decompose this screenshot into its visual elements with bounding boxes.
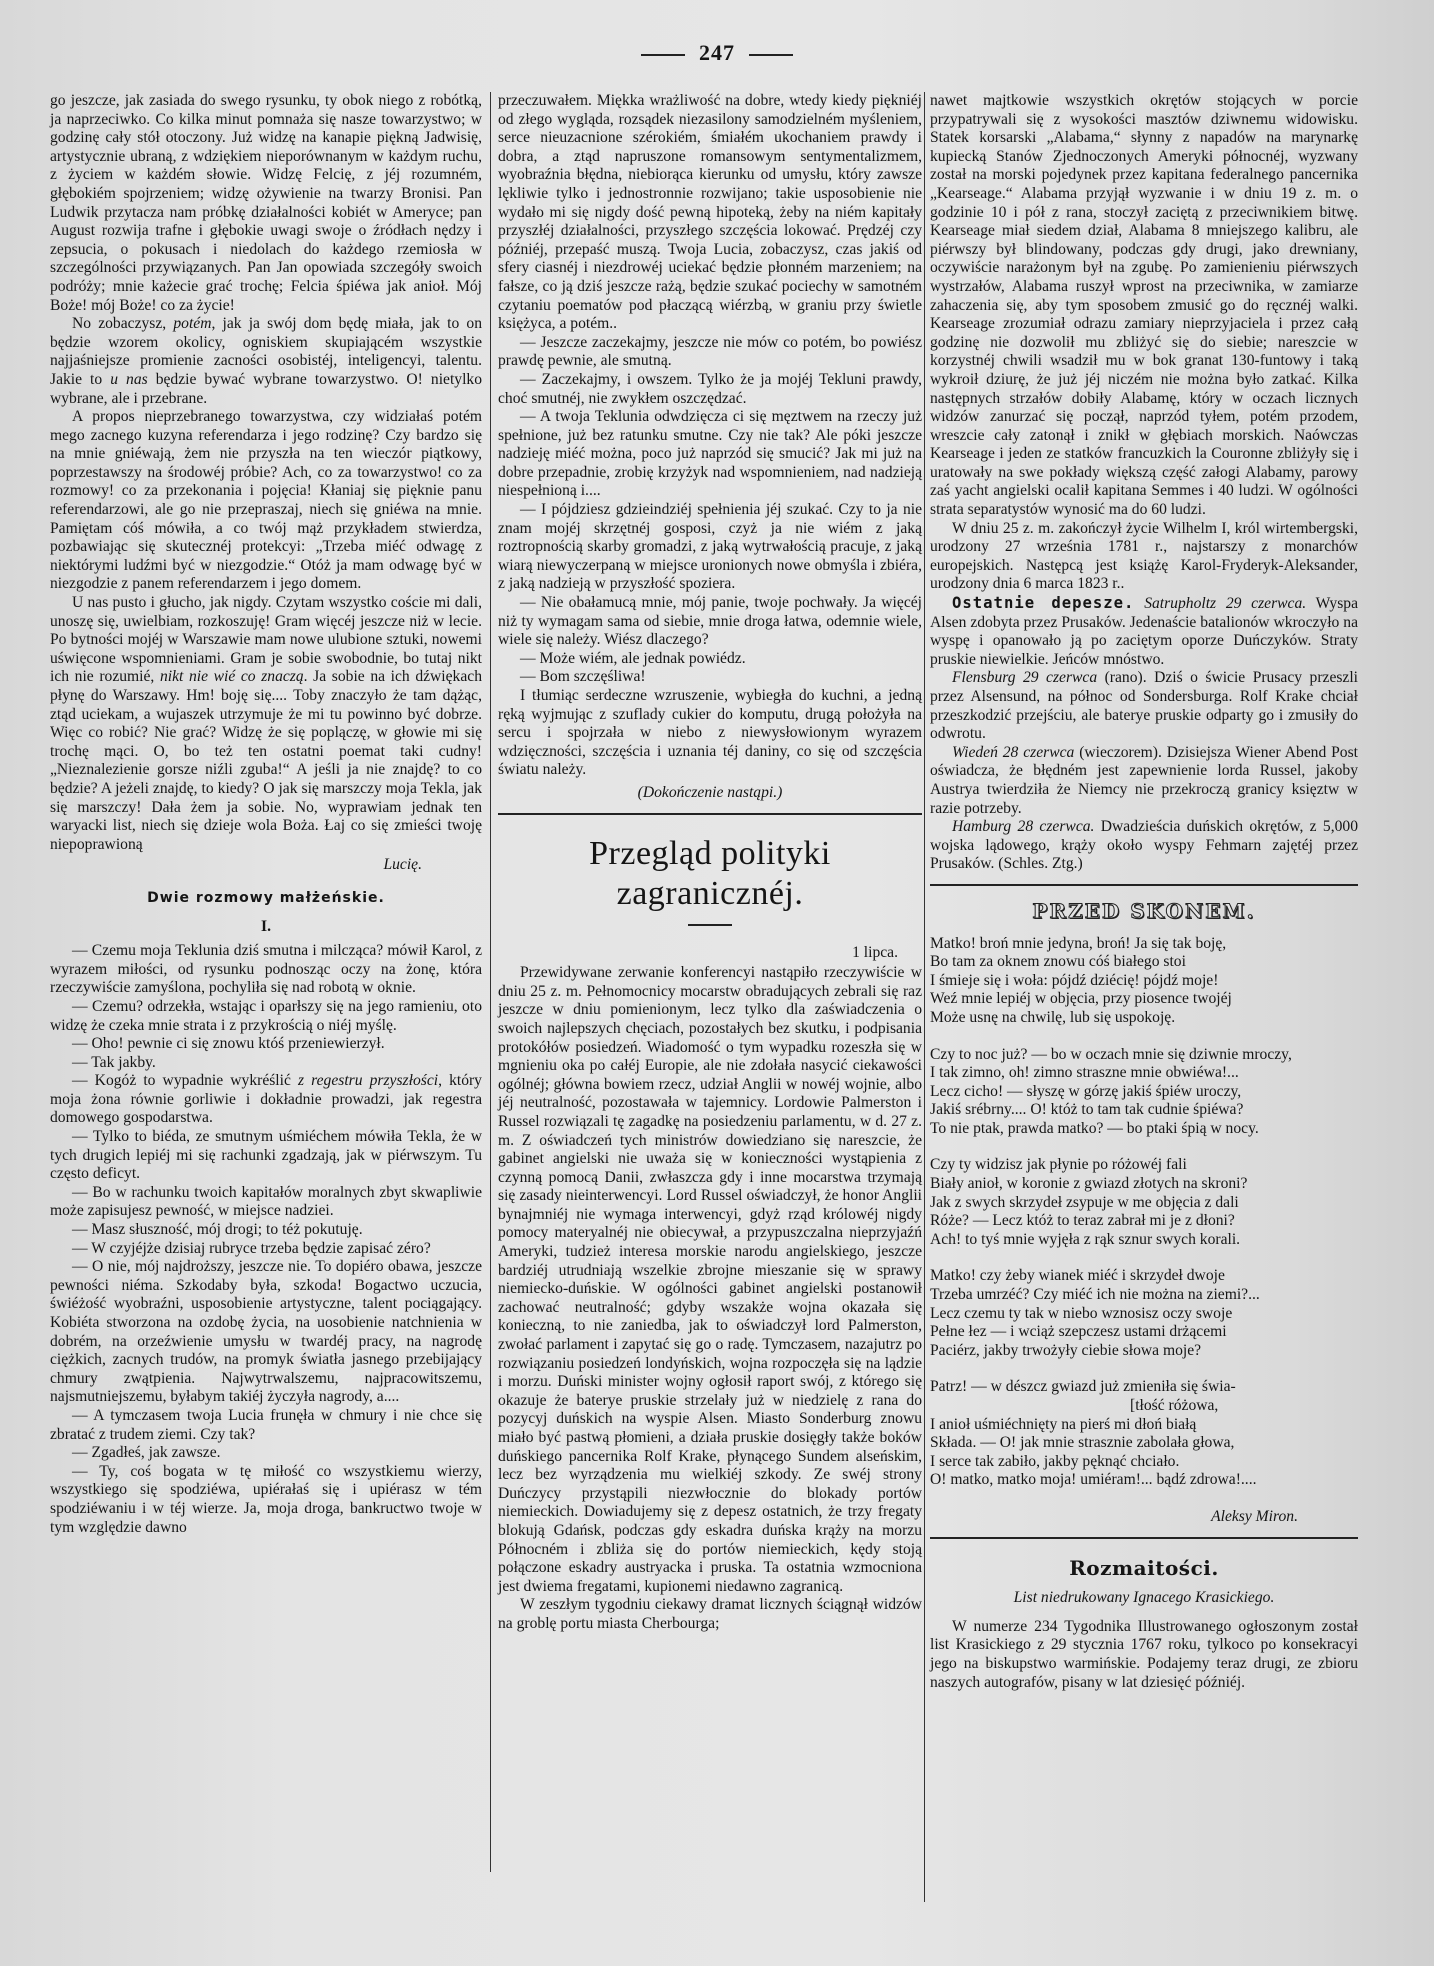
section-divider — [498, 813, 922, 818]
section-divider — [930, 1537, 1358, 1539]
column-3: nawet majtkowie wszystkich okrętów stoją… — [930, 92, 1358, 1692]
poem-line: Czy to noc już? — bo w oczach mnie się d… — [930, 1046, 1358, 1065]
poem-line: I anioł uśmiéchnięty na pierś mi dłoń bi… — [930, 1416, 1358, 1435]
paragraph: W zeszłym tygodniu ciekawy dramat liczny… — [498, 1596, 922, 1633]
poem-line: Matko! broń mnie jedyna, broń! Ja się ta… — [930, 935, 1358, 954]
poem-line: Paciérz, jakby trwożyły ciebie słowa moj… — [930, 1342, 1358, 1361]
dispatches-label: Ostatnie depesze. — [952, 594, 1134, 612]
paragraph: U nas pusto i głucho, jak nigdy. Czytam … — [50, 594, 482, 854]
dialogue-line: — W czyjéjże dzisiaj rubryce trzeba będz… — [50, 1240, 482, 1259]
dialogue-line: — Czemu? odrzekła, wstając i oparłszy si… — [50, 998, 482, 1035]
dialogue-line: — A twoja Teklunia odwdzięcza ci się męz… — [498, 408, 922, 501]
section-numeral: I. — [50, 918, 482, 937]
poem-line: I śmieje się i woła: pójdź dziécię! pójd… — [930, 972, 1358, 991]
poem-line: Lecz cicho! — słyszę w górzę jakiś śpiéw… — [930, 1083, 1358, 1102]
dialogue-line: — Czemu moja Teklunia dziś smutna i milc… — [50, 942, 482, 998]
poem-line: Może usnę na chwilę, lub się uspokoję. — [930, 1009, 1358, 1028]
dialogue-line: — Oho! pewnie ci się znowu któś przeniew… — [50, 1035, 482, 1054]
dialogue-line: — Zgadłeś, jak zawsze. — [50, 1444, 482, 1463]
poem-line: Pełne łez — i wciąż szepczesz ustami drż… — [930, 1323, 1358, 1342]
letter-signature: Lucię. — [50, 856, 482, 875]
poem: Matko! broń mnie jedyna, broń! Ja się ta… — [930, 935, 1358, 1490]
misc-subtitle: List niedrukowany Ignacego Krasickiego. — [930, 1589, 1358, 1608]
dialogue-line: — Kogóż to wypadnie wykréślić z regestru… — [50, 1072, 482, 1128]
dialogue-line: — Tak jakby. — [50, 1054, 482, 1073]
dialogue-line: — Ty, coś bogata w tę miłość co wszystki… — [50, 1463, 482, 1537]
dialogue-line: — Jeszcze zaczekajmy, jeszcze nie mów co… — [498, 334, 922, 371]
poem-line: Składa. — O! jak mnie strasznie zabolała… — [930, 1434, 1358, 1453]
paragraph: W dniu 25 z. m. zakończył życie Wilhelm … — [930, 520, 1358, 594]
poem-line: To nie ptak, prawda matko? — bo ptaki śp… — [930, 1120, 1358, 1139]
dialogue-line: — Tylko to biéda, ze smutnym uśmiéchem m… — [50, 1128, 482, 1184]
poem-line: Patrz! — w dészcz gwiazd już zmieniła si… — [930, 1378, 1358, 1397]
dialogue-line: — A tymczasem twoja Lucia frunęła w chmu… — [50, 1407, 482, 1444]
column-1: go jeszcze, jak zasiada do swego rysunku… — [50, 92, 482, 1537]
folio-dash-right — [749, 54, 793, 56]
dialogue-line: — Może wiém, ale jednak powiédz. — [498, 650, 922, 669]
dialogue-line: — Nie obałamucą mnie, mój panie, twoje p… — [498, 594, 922, 650]
poem-stanza: Patrz! — w dészcz gwiazd już zmieniła si… — [930, 1378, 1358, 1490]
dialogue-line: — I pójdziesz gdzieindziéj spełnienia jé… — [498, 501, 922, 594]
section-title: Przegląd polityki zagranicznéj. — [498, 834, 922, 914]
poem-line: Róże? — Lecz któż to teraz zabrał mi je … — [930, 1212, 1358, 1231]
dateline: 1 lipca. — [498, 944, 922, 963]
poem-stanza: Matko! czy żeby wianek miéć i skrzydeł d… — [930, 1267, 1358, 1360]
poem-line: I tak zimno, oh! zimno straszne mnie obw… — [930, 1064, 1358, 1083]
poem-line: Ach! to tyś mnie wyjęła z rąk sznur swyc… — [930, 1231, 1358, 1250]
page-number-text: 247 — [699, 40, 735, 65]
dispatch: Flensburg 29 czerwca (rano). Dziś o świc… — [930, 669, 1358, 743]
paragraph: A propos nieprzebranego towarzystwa, czy… — [50, 408, 482, 594]
poem-line: Trzeba umrzéć? Czy miéć ich nie można na… — [930, 1286, 1358, 1305]
paragraph: go jeszcze, jak zasiada do swego rysunku… — [50, 92, 482, 315]
dispatch: Hamburg 28 czerwca. Dwadzieścia duńskich… — [930, 818, 1358, 874]
dispatch: Wiedeń 28 czerwca (wieczorem). Dzisiejsz… — [930, 744, 1358, 818]
poem-line: Matko! czy żeby wianek miéć i skrzydeł d… — [930, 1267, 1358, 1286]
dialogue-line: — O nie, mój najdroższy, jeszcze nie. To… — [50, 1258, 482, 1407]
section-divider — [930, 884, 1358, 886]
poem-stanza: Czy to noc już? — bo w oczach mnie się d… — [930, 1046, 1358, 1139]
continuation-note: (Dokończenie nastąpi.) — [498, 784, 922, 803]
poem-line: Biały anioł, w koronie z gwiazd złotych … — [930, 1175, 1358, 1194]
page-number: 247 — [0, 40, 1434, 66]
poem-line: O! matko, matko moja! umiéram!... bądź z… — [930, 1471, 1358, 1490]
paragraph: przeczuwałem. Miękka wrażliwość na dobre… — [498, 92, 922, 334]
column-2: przeczuwałem. Miękka wrażliwość na dobre… — [498, 92, 922, 1634]
folio-dash-left — [641, 54, 685, 56]
newspaper-page: 247 go jeszcze, jak zasiada do swego rys… — [0, 0, 1434, 1966]
poem-line: Weź mnie lepiéj w objęcia, przy piosence… — [930, 990, 1358, 1009]
poem-author: Aleksy Miron. — [930, 1508, 1358, 1527]
dialogue-line: — Bo w rachunku twoich kapitałów moralny… — [50, 1184, 482, 1221]
column-rule-1 — [490, 92, 491, 1872]
paragraph: nawet majtkowie wszystkich okrętów stoją… — [930, 92, 1358, 520]
poem-stanza: Matko! broń mnie jedyna, broń! Ja się ta… — [930, 935, 1358, 1028]
story-title: Dwie rozmowy małżeńskie. — [50, 889, 482, 908]
misc-title: Rozmaitości. — [930, 1559, 1358, 1578]
poem-line: Jak z swych skrzydeł zsypuje w me objęci… — [930, 1194, 1358, 1213]
dialogue-line: — Zaczekajmy, i owszem. Tylko że ja mojé… — [498, 371, 922, 408]
poem-stanza: Czy ty widzisz jak płynie po różowéj fal… — [930, 1156, 1358, 1249]
paragraph: No zobaczysz, potém, jak ja swój dom będ… — [50, 315, 482, 408]
column-rule-2 — [924, 92, 925, 1902]
title-rule — [688, 924, 732, 926]
dispatch: Ostatnie depesze. Satrupholtz 29 czerwca… — [930, 594, 1358, 669]
poem-title: PRZED SKONEM. — [930, 902, 1358, 921]
paragraph: W numerze 234 Tygodnika Illustrowanego o… — [930, 1618, 1358, 1692]
poem-line: Lecz czemu ty tak w niebo wznosisz oczy … — [930, 1305, 1358, 1324]
poem-line: I serce tak zabiło, jakby pęknąć chciało… — [930, 1453, 1358, 1472]
poem-line: Bo tam za oknem znowu cóś białego stoi — [930, 953, 1358, 972]
poem-line: Jakiś srébrny.... O! któż to tam tak cud… — [930, 1101, 1358, 1120]
paragraph: I tłumiąc serdeczne wzruszenie, wybiegła… — [498, 687, 922, 780]
dialogue-line: — Bom szczęśliwa! — [498, 668, 922, 687]
poem-line: Czy ty widzisz jak płynie po różowéj fal… — [930, 1156, 1358, 1175]
poem-line: [tłość różowa, — [930, 1397, 1358, 1416]
paragraph: Przewidywane zerwanie konferencyi nastąp… — [498, 964, 922, 1596]
dialogue-line: — Masz słuszność, mój drogi; to téż poku… — [50, 1221, 482, 1240]
